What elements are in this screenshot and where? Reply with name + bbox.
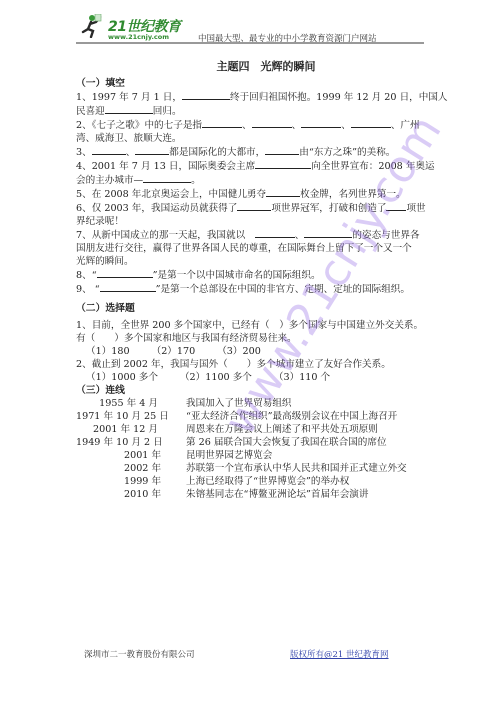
choice-question-1-cont: 有（ ）多个国家和地区与我国有经济贸易往来。 [76,332,456,345]
section-choice-heading: （二）选择题 [76,302,456,315]
option[interactable]: （3）110 个 [274,372,330,383]
blank[interactable] [351,118,391,128]
section-fill-blank-heading: （一）填空 [76,77,456,90]
question-8: 8、“”是第一个以中国城市命名的国际组织。 [76,268,456,282]
matching-row: 1955 年 4 月我国加入了世界贸易组织 [76,397,456,410]
option[interactable]: （2）1100 多个 [180,372,252,383]
question-5: 5、在 2008 年北京奥运会上，中国健儿勇夺枚金牌，名列世界第一。 [76,187,456,201]
blank[interactable] [252,118,292,128]
page-header: 21世纪教育 www.21cnjy.com 中国最大型、最专业的中小学教育资源门… [76,10,424,44]
blank[interactable] [105,104,153,114]
choice-1-options: （1）180（2）170（3）200 [76,345,456,358]
question-2: 2、《七子之歌》中的七子是指、、、、广州 [76,118,456,132]
option[interactable]: （2）170 [152,346,196,357]
blank[interactable] [266,187,300,197]
blank[interactable] [386,201,406,211]
blank[interactable] [255,159,311,169]
blank[interactable] [182,90,230,100]
question-3: 3、、都是国际化的大都市，由“东方之珠”的美称。 [76,145,456,159]
question-7-cont: 国朋友进行交往，赢得了世界各国人民的尊重，在国际舞台上留下了一个又一个 [76,242,456,255]
header-divider [76,42,424,44]
matching-row: 2001 年 12 月周恩来在万隆会议上阐述了和平共处五项原则 [76,423,456,436]
question-1: 1、1997 年 7 月 1 日，终于回归祖国怀抱。1999 年 12 月 20… [76,90,456,104]
blank[interactable] [265,145,299,155]
question-7: 7、从新中国成立的那一天起，我国就以 、的姿态与世界各 [76,228,456,242]
logo: 21世纪教育 www.21cnjy.com [76,10,196,42]
blank[interactable] [304,228,352,238]
blank[interactable] [135,145,169,155]
blank[interactable] [202,118,242,128]
blank[interactable] [301,118,341,128]
question-7-cont2: 光辉的瞬间。 [76,255,456,268]
question-4: 4、2001 年 7 月 13 日，国际奥委会主席向全世界宣布：2008 年奥运 [76,159,456,173]
blank[interactable] [255,228,295,238]
option[interactable]: （1）1000 多个 [86,372,158,383]
question-2-cont: 湾、威海卫、旅顺大连。 [76,132,456,145]
document-body: 主题四 光辉的瞬间 （一）填空 1、1997 年 7 月 1 日，终于回归祖国怀… [76,60,456,501]
matching-row: 2010 年朱镕基同志在“博鳌亚洲论坛”首届年会演讲 [76,488,456,501]
logo-url: www.21cnjy.com [108,33,169,41]
blank[interactable] [143,173,191,183]
choice-2-options: （1）1000 多个（2）1100 多个（3）110 个 [76,371,456,384]
document-title: 主题四 光辉的瞬间 [76,60,456,73]
question-9: 9、 “”是第一个总部设在中国的非官方、定期、定址的国际组织。 [76,282,456,296]
choice-question-1: 1、目前，全世界 200 多个国家中，已经有（ ）多个国家与中国建立外交关系。 [76,319,456,332]
matching-row: 1999 年上海已经取得了“世界博览会”的举办权 [76,475,456,488]
matching-row: 2001 年昆明世界园艺博览会 [76,449,456,462]
footer-company: 深圳市二一教育股份有限公司 [84,648,195,660]
blank[interactable] [92,145,126,155]
runner-logo-icon [80,14,102,38]
footer-copyright-link[interactable]: 版权所有@21 世纪教育网 [290,648,389,660]
question-4-cont: 会的主办城市—。 [76,173,456,187]
choice-question-2: 2、截止到 2002 年，我国与国外（ ）多个城市建立了友好合作关系。 [76,358,456,371]
question-1-cont: 民喜迎回归。 [76,104,456,118]
matching-row: 2002 年苏联第一个宣布承认中华人民共和国并正式建立外交 [76,462,456,475]
matching-row: 1971 年 10 月 25 日“亚太经济合作组织”最高级别会议在中国上海召开 [76,410,456,423]
section-matching-heading: （三）连线 [76,384,456,397]
question-6: 6、仅 2003 年，我国运动员就获得了项世界冠军，打破和创造了项世 [76,201,456,215]
matching-list: 1955 年 4 月我国加入了世界贸易组织 1971 年 10 月 25 日“亚… [76,397,456,501]
option[interactable]: （3）200 [217,346,261,357]
option[interactable]: （1）180 [86,346,130,357]
blank[interactable] [237,201,271,211]
question-6-cont: 界纪录呢！ [76,215,456,228]
blank[interactable] [100,282,156,292]
matching-row: 1949 年 10 月 2 日第 26 届联合国大会恢复了我国在联合国的席位 [76,436,456,449]
blank[interactable] [97,268,153,278]
